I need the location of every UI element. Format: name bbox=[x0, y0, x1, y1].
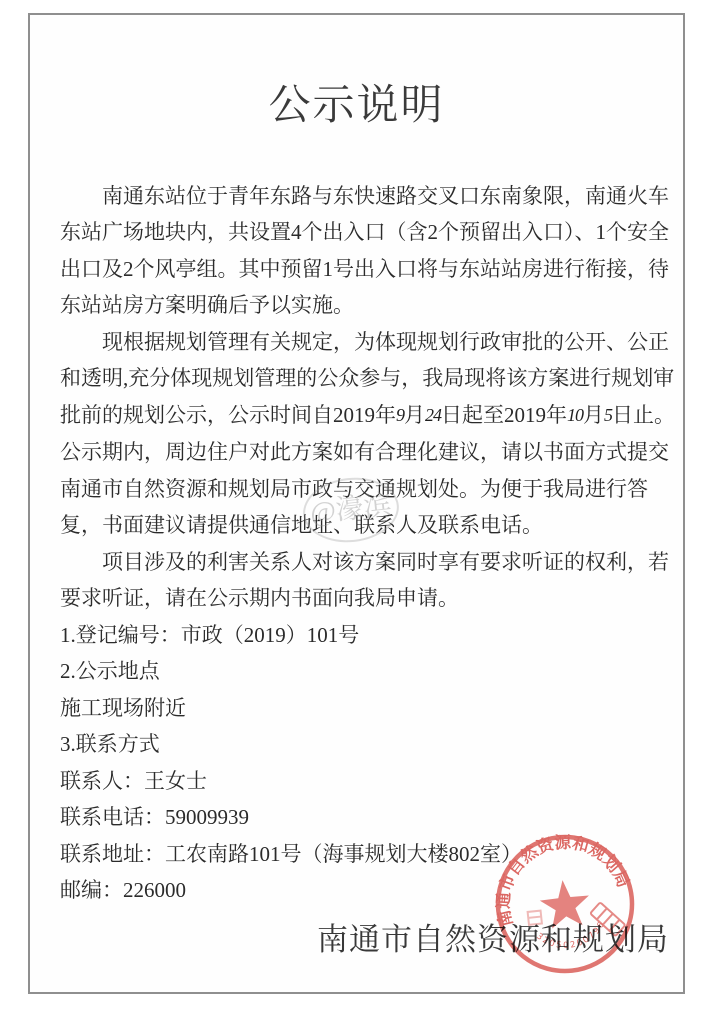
issuer-signature: 南通市自然资源和规划局 bbox=[30, 917, 683, 963]
handwritten-end-day: 5 bbox=[604, 405, 612, 425]
handwritten-end-month: 10 bbox=[567, 405, 583, 425]
paragraph2-line5: 南通市自然资源和规划局市政与交通规划处。为便于我局进行答 bbox=[60, 471, 664, 508]
paragraph2-line2: 和透明,充分体现规划管理的公众参与，我局现将该方案进行规划审 bbox=[60, 360, 664, 397]
paragraph3-line1: 项目涉及的利害关系人对该方案同时享有要求听证的权利，若 bbox=[60, 544, 664, 581]
printed-text: 月 bbox=[404, 403, 425, 427]
printed-text: 月 bbox=[583, 403, 604, 427]
document-border-frame: 公示说明 南通东站位于青年东路与东快速路交叉口东南象限，南通火车 东站广场地块内… bbox=[28, 13, 685, 994]
paragraph1-line4: 东站站房方案明确后予以实施。 bbox=[60, 287, 664, 324]
paragraph1-line2: 东站广场地块内，共设置4个出入口（含2个预留出入口）、1个安全 bbox=[60, 214, 664, 251]
document-title: 公示说明 bbox=[30, 79, 683, 134]
paragraph1-line3: 出口及2个风亭组。其中预留1号出入口将与东站站房进行衔接，待 bbox=[60, 251, 664, 288]
paragraph2-line6: 复，书面建议请提供通信地址、联系人及联系电话。 bbox=[60, 507, 664, 544]
paragraph3-line2: 要求听证，请在公示期内书面向我局申请。 bbox=[60, 580, 664, 617]
handwritten-start-month: 9 bbox=[396, 405, 404, 425]
paragraph2-line3: 批前的规划公示，公示时间自2019年9月24日起至2019年10月5日止。 bbox=[60, 397, 664, 435]
registration-number: 1.登记编号：市政（2019）101号 bbox=[60, 617, 664, 654]
contact-address: 联系地址：工农南路101号（海事规划大楼802室） bbox=[60, 836, 664, 873]
contact-section-label: 3.联系方式 bbox=[60, 726, 664, 763]
paragraph2-line4: 公示期内，周边住户对此方案如有合理化建议，请以书面方式提交 bbox=[60, 434, 664, 471]
contact-person: 联系人：王女士 bbox=[60, 763, 664, 800]
paragraph2-line1: 现根据规划管理有关规定，为体现规划行政审批的公开、公正 bbox=[60, 324, 664, 361]
contact-phone: 联系电话：59009939 bbox=[60, 799, 664, 836]
scanned-notice-document: 公示说明 南通东站位于青年东路与东快速路交叉口东南象限，南通火车 东站广场地块内… bbox=[0, 0, 720, 1018]
handwritten-start-day: 24 bbox=[425, 405, 441, 425]
paragraph1-line1: 南通东站位于青年东路与东快速路交叉口东南象限，南通火车 bbox=[60, 178, 664, 215]
printed-text: 日起至2019年 bbox=[441, 403, 567, 427]
printed-text: 日止。 bbox=[612, 403, 675, 427]
notice-location-label: 2.公示地点 bbox=[60, 653, 664, 690]
notice-location-value: 施工现场附近 bbox=[60, 690, 664, 727]
document-body: 南通东站位于青年东路与东快速路交叉口东南象限，南通火车 东站广场地块内，共设置4… bbox=[30, 178, 683, 909]
postal-code: 邮编：226000 bbox=[60, 872, 664, 909]
printed-text: 批前的规划公示，公示时间自2019年 bbox=[60, 403, 396, 427]
